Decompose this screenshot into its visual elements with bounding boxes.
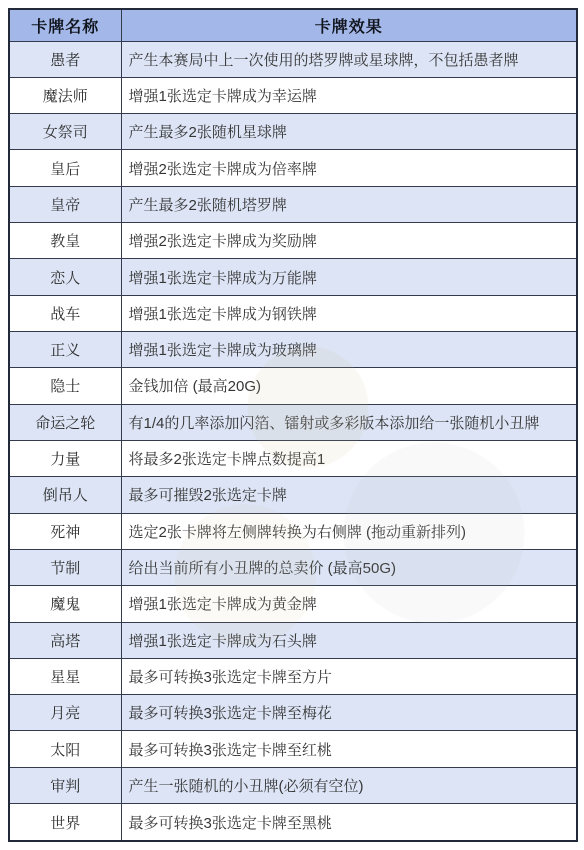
table-row: 世界 最多可转换3张选定卡牌至黑桃 <box>9 804 577 841</box>
card-effect-cell: 增强1张选定卡牌成为万能牌 <box>121 259 577 295</box>
table-row: 愚者 产生本赛局中上一次使用的塔罗牌或星球牌，不包括愚者牌 <box>9 41 577 77</box>
card-name-cell: 战车 <box>9 295 121 331</box>
card-name-cell: 魔法师 <box>9 77 121 113</box>
card-effect-cell: 增强1张选定卡牌成为幸运牌 <box>121 77 577 113</box>
table-row: 教皇 增强2张选定卡牌成为奖励牌 <box>9 223 577 259</box>
card-effect-cell: 增强2张选定卡牌成为奖励牌 <box>121 223 577 259</box>
card-effect-cell: 有1/4的几率添加闪箔、镭射或多彩版本添加给一张随机小丑牌 <box>121 404 577 440</box>
card-effect-cell: 最多可转换3张选定卡牌至黑桃 <box>121 804 577 841</box>
card-name-cell: 高塔 <box>9 622 121 658</box>
guide-page: 卡牌名称 卡牌效果 愚者 产生本赛局中上一次使用的塔罗牌或星球牌，不包括愚者牌 … <box>0 0 584 850</box>
card-effect-cell: 产生一张随机的小丑牌(必须有空位) <box>121 767 577 803</box>
table-row: 月亮 最多可转换3张选定卡牌至梅花 <box>9 695 577 731</box>
card-effect-cell: 产生最多2张随机塔罗牌 <box>121 186 577 222</box>
card-effect-cell: 最多可转换3张选定卡牌至梅花 <box>121 695 577 731</box>
card-name-cell: 节制 <box>9 549 121 585</box>
table-row: 死神 选定2张卡牌将左侧牌转换为右侧牌 (拖动重新排列) <box>9 513 577 549</box>
card-name-cell: 月亮 <box>9 695 121 731</box>
table-row: 正义 增强1张选定卡牌成为玻璃牌 <box>9 332 577 368</box>
table-row: 皇后 增强2张选定卡牌成为倍率牌 <box>9 150 577 186</box>
table-row: 魔鬼 增强1张选定卡牌成为黄金牌 <box>9 586 577 622</box>
card-name-cell: 审判 <box>9 767 121 803</box>
card-effect-cell: 选定2张卡牌将左侧牌转换为右侧牌 (拖动重新排列) <box>121 513 577 549</box>
table-row: 星星 最多可转换3张选定卡牌至方片 <box>9 658 577 694</box>
table-row: 命运之轮 有1/4的几率添加闪箔、镭射或多彩版本添加给一张随机小丑牌 <box>9 404 577 440</box>
card-name-cell: 力量 <box>9 440 121 476</box>
table-row: 力量 将最多2张选定卡牌点数提高1 <box>9 440 577 476</box>
table-row: 战车 增强1张选定卡牌成为钢铁牌 <box>9 295 577 331</box>
card-effect-cell: 产生本赛局中上一次使用的塔罗牌或星球牌，不包括愚者牌 <box>121 41 577 77</box>
table-row: 高塔 增强1张选定卡牌成为石头牌 <box>9 622 577 658</box>
card-name-cell: 愚者 <box>9 41 121 77</box>
card-effect-cell: 最多可摧毁2张选定卡牌 <box>121 477 577 513</box>
card-effect-cell: 增强1张选定卡牌成为玻璃牌 <box>121 332 577 368</box>
table-row: 恋人 增强1张选定卡牌成为万能牌 <box>9 259 577 295</box>
table-row: 魔法师 增强1张选定卡牌成为幸运牌 <box>9 77 577 113</box>
card-effect-cell: 增强1张选定卡牌成为钢铁牌 <box>121 295 577 331</box>
table-row: 隐士 金钱加倍 (最高20G) <box>9 368 577 404</box>
card-name-cell: 隐士 <box>9 368 121 404</box>
card-effect-cell: 增强1张选定卡牌成为石头牌 <box>121 622 577 658</box>
card-effect-cell: 最多可转换3张选定卡牌至方片 <box>121 658 577 694</box>
card-name-cell: 皇后 <box>9 150 121 186</box>
card-name-cell: 世界 <box>9 804 121 841</box>
card-name-cell: 皇帝 <box>9 186 121 222</box>
table-row: 节制 给出当前所有小丑牌的总卖价 (最高50G) <box>9 549 577 585</box>
card-effect-cell: 产生最多2张随机星球牌 <box>121 114 577 150</box>
card-name-cell: 恋人 <box>9 259 121 295</box>
table-row: 审判 产生一张随机的小丑牌(必须有空位) <box>9 767 577 803</box>
card-name-cell: 魔鬼 <box>9 586 121 622</box>
column-header-card-name: 卡牌名称 <box>9 9 121 41</box>
card-effect-cell: 最多可转换3张选定卡牌至红桃 <box>121 731 577 767</box>
card-effect-cell: 增强1张选定卡牌成为黄金牌 <box>121 586 577 622</box>
card-effect-cell: 将最多2张选定卡牌点数提高1 <box>121 440 577 476</box>
card-name-cell: 倒吊人 <box>9 477 121 513</box>
card-name-cell: 女祭司 <box>9 114 121 150</box>
card-name-cell: 命运之轮 <box>9 404 121 440</box>
card-effect-cell: 给出当前所有小丑牌的总卖价 (最高50G) <box>121 549 577 585</box>
table-row: 太阳 最多可转换3张选定卡牌至红桃 <box>9 731 577 767</box>
card-name-cell: 死神 <box>9 513 121 549</box>
tarot-card-table: 卡牌名称 卡牌效果 愚者 产生本赛局中上一次使用的塔罗牌或星球牌，不包括愚者牌 … <box>8 8 578 842</box>
header-row: 卡牌名称 卡牌效果 <box>9 9 577 41</box>
card-name-cell: 太阳 <box>9 731 121 767</box>
card-effect-cell: 金钱加倍 (最高20G) <box>121 368 577 404</box>
table-row: 女祭司 产生最多2张随机星球牌 <box>9 114 577 150</box>
card-name-cell: 星星 <box>9 658 121 694</box>
table-row: 皇帝 产生最多2张随机塔罗牌 <box>9 186 577 222</box>
column-header-card-effect: 卡牌效果 <box>121 9 577 41</box>
table-row: 倒吊人 最多可摧毁2张选定卡牌 <box>9 477 577 513</box>
card-name-cell: 教皇 <box>9 223 121 259</box>
card-name-cell: 正义 <box>9 332 121 368</box>
card-effect-cell: 增强2张选定卡牌成为倍率牌 <box>121 150 577 186</box>
